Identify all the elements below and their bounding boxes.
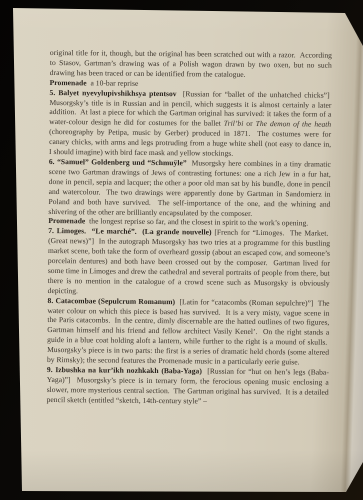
paragraph: 8. Catacombae (Sepulcrum Romanum) [Latin… bbox=[47, 296, 330, 368]
text-run: or bbox=[243, 119, 255, 128]
book-photo: original title for it, though, but the o… bbox=[0, 0, 363, 500]
text-run: Promenade bbox=[48, 216, 85, 225]
text-run: 5. Balyet nyevylupivshikhsya ptentsov bbox=[50, 88, 177, 98]
paragraph: 6. “Samuel” Goldenberg und “Schmuÿle” Mu… bbox=[48, 157, 331, 219]
text-run: Musorgsky here combines in a tiny dramat… bbox=[48, 158, 331, 217]
paragraph: 5. Balyet nyevylupivshikhsya ptentsov [R… bbox=[49, 88, 332, 160]
text-run: 7. Limoges. “Le marché”. (La grande nouv… bbox=[48, 226, 211, 237]
text-run: a 10-bar reprise bbox=[87, 78, 139, 87]
text-run: Promenade bbox=[50, 78, 87, 87]
text-run: (choreography by Petipa, music by Gerber… bbox=[49, 127, 331, 158]
page-text: original title for it, though, but the o… bbox=[47, 48, 332, 407]
paragraph: original title for it, though, but the o… bbox=[50, 48, 332, 80]
text-run: Tril’bi bbox=[224, 119, 244, 128]
text-run: 8. Catacombae (Sepulcrum Romanum) bbox=[48, 296, 176, 306]
text-run: [Latin for “catacombs (Roman sepulchre)”… bbox=[47, 297, 330, 367]
text-run: 9. Izbushka na kur’ikh nozhkakh (Baba-Ya… bbox=[47, 365, 202, 375]
text-run: 6. “Samuel” Goldenberg und “Schmuÿle” bbox=[49, 157, 187, 167]
text-run: The demon of the heath bbox=[256, 119, 332, 129]
paragraph: 9. Izbushka na kur’ikh nozhkakh (Baba-Ya… bbox=[47, 365, 329, 407]
text-run: [French for “Limoges. The Market. (Great… bbox=[48, 228, 331, 295]
text-run: original title for it, though, but the o… bbox=[50, 48, 332, 79]
paragraph: 7. Limoges. “Le marché”. (La grande nouv… bbox=[48, 226, 331, 298]
book-page: original title for it, though, but the o… bbox=[0, 0, 363, 500]
